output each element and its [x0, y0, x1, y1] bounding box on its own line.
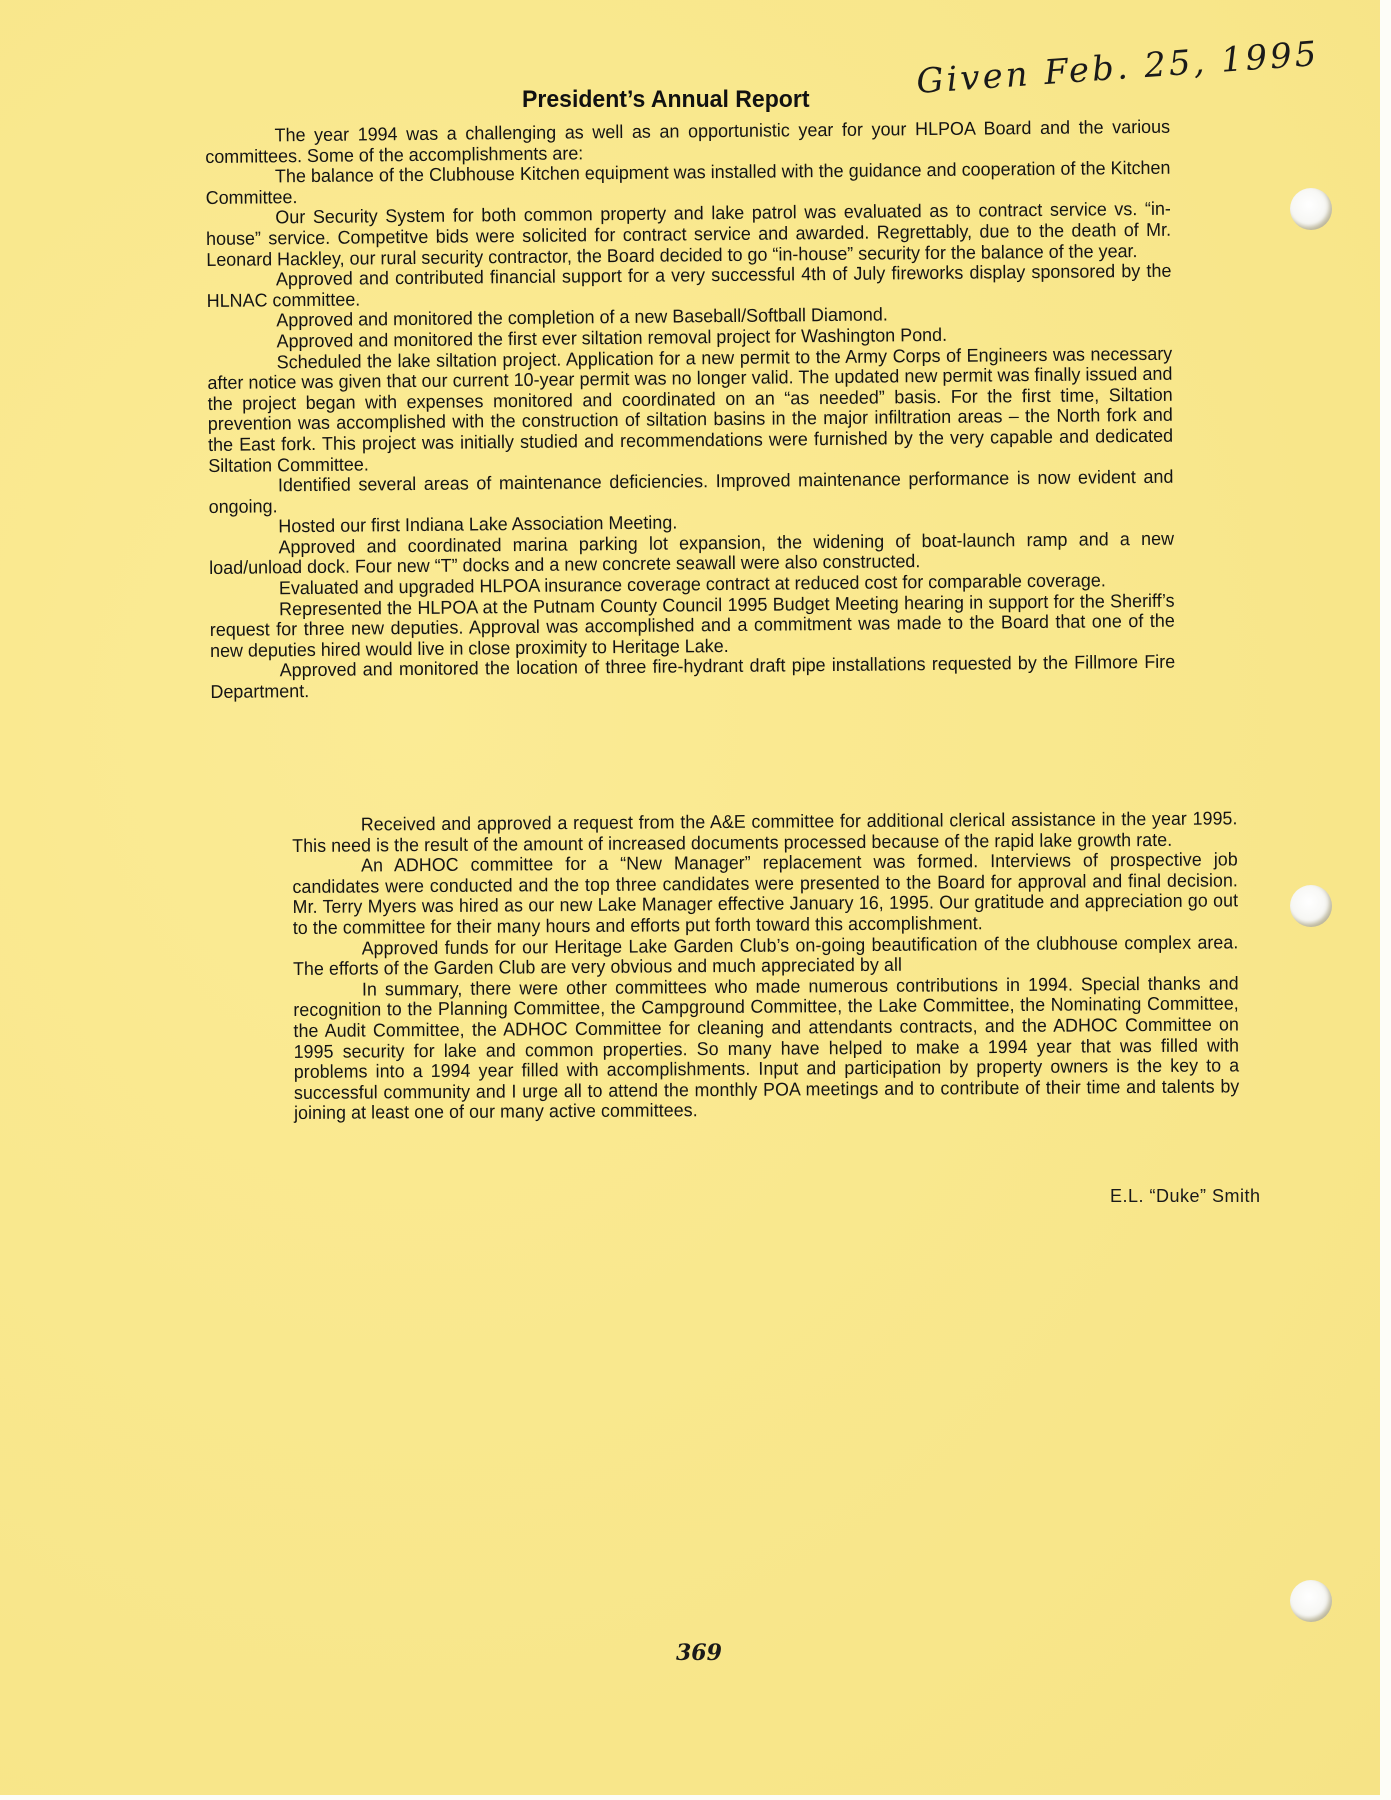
paragraph: Represented the HLPOA at the Putnam Coun…	[210, 590, 1176, 661]
paragraph: Our Security System for both common prop…	[206, 199, 1172, 270]
paragraph: Approved and monitored the location of t…	[210, 652, 1175, 702]
paragraph: An ADHOC committee for a “New Manager” r…	[292, 850, 1238, 939]
scan-margin-right	[1380, 0, 1391, 1800]
paragraph: Scheduled the lake siltation project. Ap…	[207, 343, 1173, 476]
punch-hole-middle	[1290, 885, 1332, 927]
paragraph: In summary, there were other committees …	[293, 973, 1239, 1124]
handwritten-date-note: Given Feb. 25, 1995	[915, 34, 1321, 102]
scan-margin-bottom	[0, 1795, 1391, 1800]
paper-page: Given Feb. 25, 1995 President’s Annual R…	[0, 0, 1380, 1795]
page-number: 369	[676, 1640, 722, 1666]
report-section-2: Received and approved a request from the…	[292, 808, 1240, 1123]
report-section-1: The year 1994 was a challenging as well …	[205, 117, 1175, 703]
page-title: President’s Annual Report	[522, 86, 809, 114]
punch-hole-top	[1290, 188, 1332, 230]
punch-hole-bottom	[1290, 1580, 1332, 1622]
signature: E.L. “Duke” Smith	[1110, 1186, 1261, 1207]
